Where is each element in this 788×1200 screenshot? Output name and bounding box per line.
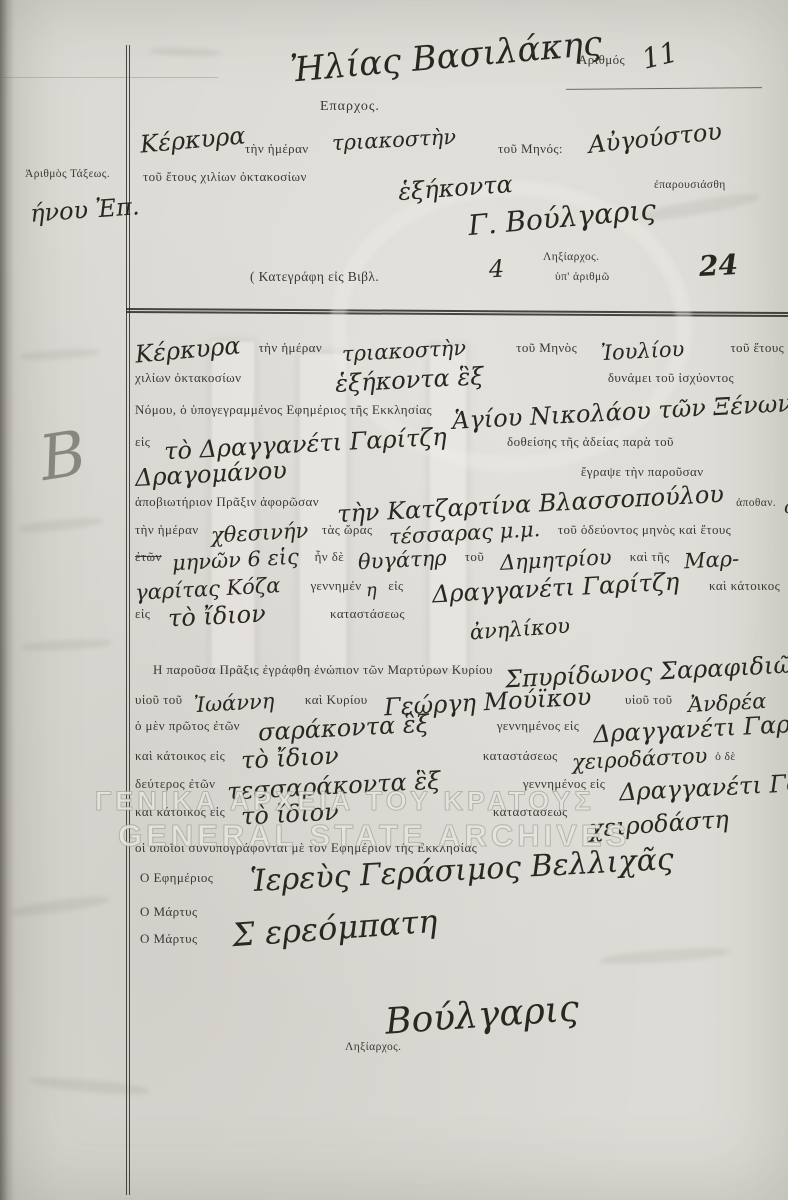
- reg-place: Κέρκυρα: [139, 123, 246, 156]
- act-deed-label: ἀποβιωτήριον Πρᾶξιν ἀφορῶσαν: [135, 494, 319, 509]
- act-year-label: τοῦ ἔτους: [730, 340, 784, 355]
- act-parish-place: τὸ Δραγγανέτι Γαρίτζη: [164, 425, 448, 464]
- witness1-status-value: χειροδάστου: [571, 745, 707, 773]
- archive-watermark-english: GENERAL STATE ARCHIVES: [118, 818, 630, 854]
- reg-month-value: Αὐγούστου: [587, 119, 723, 157]
- act-day-value: τριακοστὴν: [342, 338, 467, 365]
- witness-ode-label: ὁ δὲ: [715, 751, 735, 763]
- act-month-value: Ἰουλίου: [601, 339, 685, 364]
- act-line-8: ἐτῶν μηνῶν 6 εἱς ἦν δὲ θυγάτηρ τοῦ Δημητ…: [135, 549, 783, 572]
- act-line-4: εἰς τὸ Δραγγανέτι Γαρίτζη δοθείσης τῆς ἀ…: [135, 432, 783, 457]
- witness1-age-label: ὁ μὲν πρῶτος ἐτῶν: [135, 718, 240, 733]
- act-line-9: γαρίτας Κόζα γεννημέν η εἰς Δραγγανέτι Γ…: [135, 576, 783, 601]
- act-at-label: εἰς: [135, 434, 150, 449]
- faint-top-line: [0, 77, 218, 78]
- margin-order-label: Ἀριθμὸς Τάξεως.: [25, 168, 110, 180]
- act-line-2: χιλίων ὀκτακοσίων ἑξήκοντα ἓξ δυνάμει το…: [135, 368, 783, 393]
- bleed-through-smudge: [22, 638, 112, 653]
- act-was-label: ἦν δὲ: [315, 549, 345, 564]
- witness2-son-label: υἱοῦ τοῦ: [625, 692, 672, 707]
- act-deathday-value: χθεσινήν: [210, 520, 308, 546]
- act-line-7: τὴν ἡμέραν χθεσινήν τὰς ὥρας τέσσαρας μ.…: [135, 522, 783, 545]
- act-line-6: ἀποβιωτήριον Πρᾶξιν ἀφορῶσαν τὴν Κατζαρτ…: [135, 492, 783, 517]
- witness1-son-label: υἱοῦ τοῦ: [135, 692, 182, 707]
- reg-day-label: τὴν ἡμέραν: [245, 141, 309, 157]
- number-value: 11: [639, 38, 680, 74]
- act-mother-name-part1: Μαρ-: [683, 549, 739, 573]
- act-line-3: Νόμου, ὁ ὑπογεγραμμένος Εφημέριος τῆς Εκ…: [135, 400, 783, 425]
- act-status-label: καταστάσεως: [330, 606, 405, 621]
- witness-signature: Σ ερεόμπατη: [231, 905, 438, 951]
- act-of-label: τοῦ: [465, 549, 484, 564]
- act-age-label-struck: ἐτῶν: [135, 549, 162, 564]
- eparchos-title: Επαρχος.: [320, 99, 380, 115]
- margin-note: ήνου Ἐπ.: [29, 194, 140, 226]
- act-deathday-label: τὴν ἡμέραν: [135, 522, 199, 537]
- witness2-birthplace: Δραγγανέτι Γαρίτζη: [619, 768, 788, 805]
- witness1-born-label: γεννημένος εἰς: [497, 718, 579, 733]
- act-relation-value: θυγάτηρ: [358, 548, 448, 574]
- act-year-printed: χιλίων ὀκτακοσίων: [135, 370, 241, 385]
- act-born-suffix: η: [365, 582, 377, 601]
- act-and-of-label: καὶ τῆς: [630, 549, 670, 564]
- act-born-label: γεννημέν: [310, 578, 361, 593]
- act-birthplace: Δραγγανέτι Γαρίτζη: [431, 570, 679, 607]
- bleed-through-smudge: [600, 945, 731, 966]
- act-month-year-label: τοῦ ὁδεύοντος μηνὸς καὶ ἔτους: [558, 522, 731, 537]
- witness1-father: Ἰωάννη: [194, 691, 275, 716]
- reg-year-label: τοῦ ἔτους χιλίων ὀκτακοσίων: [143, 169, 307, 185]
- margin-letter: B: [35, 422, 90, 490]
- number-underline: [566, 87, 762, 90]
- scanned-death-register-page: Ἠλίας Βασιλάκης Αριθμός 11 Επαρχος. Ἀριθ…: [0, 0, 788, 1200]
- witness2-kyriou-label: καὶ Κυρίου: [305, 692, 368, 707]
- act-year-value: ἑξήκοντα ἓξ: [335, 364, 485, 396]
- act-month-label: τοῦ Μηνὸς: [516, 340, 577, 355]
- witness-line-3: ὁ μὲν πρῶτος ἐτῶν σαράκοντα ἓξ γεννημένο…: [135, 716, 783, 741]
- book-label: ( Κατεγράφη εἰς Βιβλ.: [250, 269, 379, 285]
- bleed-through-smudge: [20, 347, 100, 362]
- act-status-value: ἀνηλίκου: [469, 615, 570, 643]
- registrar-title-bottom: Ληξίαρχος.: [345, 1041, 401, 1053]
- witness1-status-label: καταστάσεως: [483, 748, 558, 763]
- act-law-label: δυνάμει τοῦ ἰσχύοντος: [608, 370, 734, 385]
- number-label: Αριθμός: [578, 52, 625, 68]
- reg-year-value: ἑξήκοντα: [397, 172, 513, 204]
- witness1-age-value: σαράκοντα ἓξ: [257, 712, 429, 745]
- bleed-through-smudge: [10, 893, 111, 919]
- bleed-through-smudge: [30, 1075, 151, 1097]
- act-permission-label: δοθείσης τῆς ἀδείας παρὰ τοῦ: [507, 434, 674, 449]
- act-line-1: Κέρκυρα τὴν ἡμέραν τριακοστὴν τοῦ Μηνὸς …: [135, 338, 783, 363]
- presented-label: ἐπαρουσιάσθη: [654, 179, 726, 191]
- act-wrote-label: ἔγραψε τὴν παροῦσαν: [581, 464, 704, 479]
- witness-line-1: Η παροῦσα Πρᾶξις ἐγράφθη ἐνώπιον τῶν Μαρ…: [135, 660, 783, 685]
- bleed-through-smudge: [640, 190, 761, 225]
- under-number-label: ὑπ' ἀριθμῶ: [555, 271, 610, 283]
- act-father-name: Δημητρίου: [500, 547, 613, 574]
- scan-dark-edge: [0, 0, 14, 1200]
- priest-label: Ο Εφημέριος: [140, 870, 213, 886]
- witness1-residence: τὸ ἴδιον: [241, 743, 340, 772]
- act-age-value: μηνῶν 6 εἱς: [171, 547, 299, 575]
- act-resident-label: καὶ κάτοικος: [709, 578, 780, 593]
- under-number-value: 24: [698, 251, 738, 281]
- archive-watermark-greek: ΓΕΝΙΚΑ ΑΡΧΕΙΑ ΤΟΥ ΚΡΑΤΟΥΣ: [95, 786, 595, 817]
- witness1-birthplace: Δραγγανέτι Γαρίτζη: [593, 710, 788, 747]
- act-hours-label: τὰς ὥρας: [322, 522, 373, 537]
- act-day-label: τὴν ἡμέραν: [259, 340, 323, 355]
- witness1-label: Ο Μάρτυς: [140, 904, 198, 920]
- registrar-signature-bottom: Βούλγαρις: [384, 991, 580, 1040]
- act-hours-value: τέσσαρας μ.μ.: [388, 519, 540, 548]
- prefect-signature: Ἠλίας Βασιλάκης: [289, 26, 603, 87]
- witness-line-4: καὶ κάτοικος εἰς τὸ ἴδιον καταστάσεως χε…: [135, 746, 783, 771]
- witness2-label: Ο Μάρτυς: [140, 931, 198, 947]
- witness1-res-label: καὶ κάτοικος εἰς: [135, 748, 225, 763]
- book-value: 4: [488, 257, 505, 282]
- reg-day-value: τριακοστὴν: [332, 127, 457, 154]
- act-deceased-suffix: οῦσα: [784, 497, 788, 517]
- reg-month-label: τοῦ Μηνός:: [498, 141, 563, 157]
- bleed-through-smudge: [150, 47, 220, 57]
- bleed-through-smudge: [18, 516, 104, 535]
- registrar-title-top: Ληξίαρχος.: [543, 251, 599, 263]
- act-line-10: εἰς τὸ ἴδιον καταστάσεως ἀνηλίκου: [135, 604, 783, 629]
- act-deceased-label: ἀποθαν.: [736, 497, 776, 509]
- act-born-at-label: εἰς: [388, 578, 403, 593]
- act-place: Κέρκυρα: [134, 333, 241, 366]
- act-priest-label: Νόμου, ὁ ὑπογεγραμμένος Εφημέριος τῆς Εκ…: [135, 402, 432, 417]
- act-residence: τὸ ἴδιον: [168, 601, 267, 630]
- act-authority-name: Δραγομάνου: [134, 458, 287, 490]
- act-res-at-label: εἰς: [135, 606, 150, 621]
- witness-intro-label: Η παροῦσα Πρᾶξις ἐγράφθη ἐνώπιον τῶν Μαρ…: [153, 662, 493, 677]
- witness-line-2: υἱοῦ τοῦ Ἰωάννη καὶ Κυρίου Γεώργη Μούϊκο…: [135, 690, 783, 715]
